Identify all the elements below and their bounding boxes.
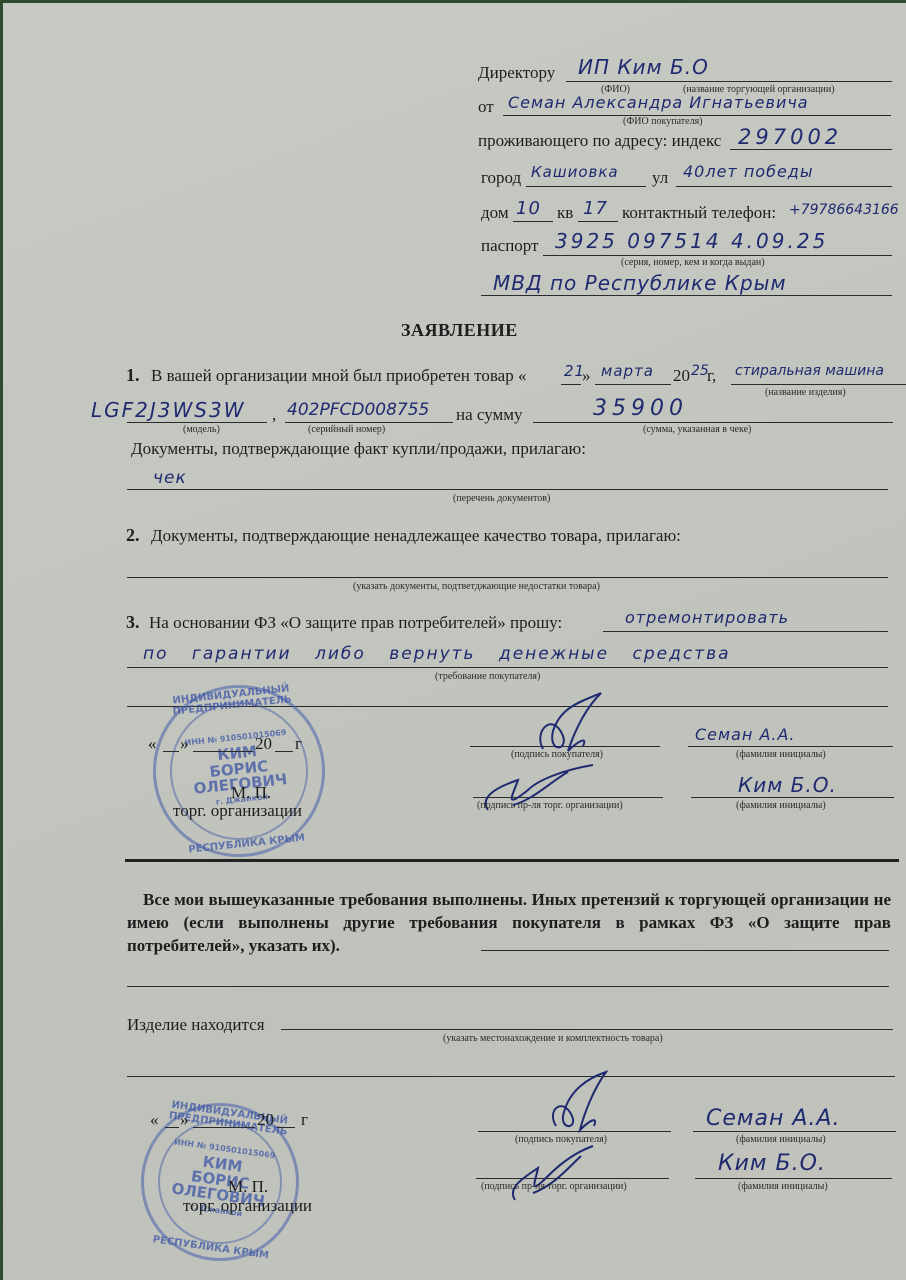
date1-year-suffix: г: [295, 734, 302, 754]
date1-month-line[interactable]: [193, 751, 253, 752]
seller-name1-line: [691, 797, 894, 798]
completion-line2[interactable]: [127, 986, 889, 987]
apt-label: кв: [557, 203, 573, 223]
location-hint: (указать местонахождение и комплектность…: [443, 1033, 663, 1044]
section3-hint: (требование покупателя): [435, 671, 540, 682]
section2-text: Документы, подтверждающие ненадлежащее к…: [151, 526, 681, 546]
model-comma: ,: [272, 405, 276, 425]
stamp2-ring-bottom: РЕСПУБЛИКА КРЫМ: [135, 1232, 287, 1264]
section2-hint: (указать документы, подтветджающие недос…: [353, 581, 600, 592]
seller-signature-2: [503, 1138, 603, 1208]
city-line: [526, 186, 646, 187]
day-line: [561, 384, 581, 385]
sum-label: на сумму: [456, 405, 523, 425]
buyer-name2-line: [693, 1131, 896, 1132]
seller-name2-hint: (фамилия инициалы): [738, 1181, 828, 1192]
seller-sig2-hint: (подпись пр-ля торг. организации): [481, 1181, 627, 1192]
buyer-name2-hint: (фамилия инициалы): [736, 1134, 826, 1145]
completion-text: Все мои вышеуказанные требования выполне…: [127, 890, 891, 955]
section1-text: В вашей организации мной был приобретен …: [151, 366, 526, 386]
buyer-sig1-hint: (подпись покупателя): [511, 749, 603, 760]
issued-by-line: [481, 295, 892, 296]
product-hint: (название изделия): [765, 387, 846, 398]
document-page: Директору ИП Ким Б.О (ФИО) (название тор…: [3, 3, 906, 1280]
stamp-ring-top: ИНДИВИДУАЛЬНЫЙ ПРЕДПРИНИМАТЕЛЬ: [148, 682, 315, 720]
issued-by-value[interactable]: МВД по Республике Крым: [493, 271, 787, 295]
director-label: Директору: [478, 63, 555, 83]
street-value[interactable]: 40лет победы: [683, 162, 814, 181]
index-line: [730, 149, 892, 150]
director-value[interactable]: ИП Ким Б.О: [578, 55, 709, 79]
house-line: [513, 221, 553, 222]
section3-line1: [603, 631, 888, 632]
street-label: ул: [652, 168, 668, 188]
location-line[interactable]: [281, 1029, 893, 1030]
section3-value-line2[interactable]: по гарантии либо вернуть денежные средст…: [143, 644, 731, 664]
mp2-label: М. П.: [228, 1177, 268, 1197]
stamp-name-2: БОРИС: [209, 759, 269, 781]
buyer-name1-hint: (фамилия инициалы): [736, 749, 826, 760]
date1-open-quote: «: [148, 734, 157, 754]
completion-statement: Все мои вышеуказанные требования выполне…: [127, 888, 891, 957]
passport-label: паспорт: [481, 236, 539, 256]
section3-value-line1[interactable]: отремонтировать: [625, 608, 789, 627]
from-hint: (ФИО покупателя): [623, 116, 703, 127]
apt-line: [578, 221, 618, 222]
seller-sig1-hint: (подпись пр-ля торг. организации): [477, 800, 623, 811]
seller-name2-line: [695, 1178, 892, 1179]
docs-label: Документы, подтверждающие факт купли/про…: [131, 439, 586, 459]
org1-label: торг. организации: [173, 801, 302, 821]
section3-number: 3.: [126, 612, 140, 633]
seller-name1-value[interactable]: Ким Б.О.: [738, 773, 837, 797]
section3-text: На основании ФЗ «О защите прав потребите…: [149, 613, 562, 633]
model-value[interactable]: LGF2J3WS3W: [91, 398, 245, 422]
city-value[interactable]: Кашиовка: [531, 163, 619, 181]
docs-line: [127, 489, 888, 490]
sum-hint: (сумма, указанная в чеке): [643, 424, 751, 435]
date1-year-prefix: 20: [255, 734, 272, 754]
date1-year-line[interactable]: [275, 751, 293, 752]
section2-line[interactable]: [127, 577, 888, 578]
month-line: [595, 384, 671, 385]
buyer-name1-value[interactable]: Семан А.А.: [695, 725, 796, 744]
stamp2-name-1: КИМ: [202, 1154, 244, 1175]
passport-value[interactable]: 3925 097514 4.09.25: [555, 229, 828, 253]
section3-line2: [127, 667, 888, 668]
passport-hint: (серия, номер, кем и когда выдан): [621, 257, 765, 268]
serial-value[interactable]: 402PFCD008755: [287, 400, 429, 420]
from-value[interactable]: Семан Александра Игнатьевича: [508, 93, 809, 112]
seller-signature-1: [473, 760, 603, 820]
house-value[interactable]: 10: [516, 198, 541, 219]
product-line: [731, 384, 906, 385]
model-line: [127, 422, 267, 423]
section2-number: 2.: [126, 525, 140, 546]
phone-label: контактный телефон:: [622, 203, 776, 223]
seller-name1-hint: (фамилия инициалы): [736, 800, 826, 811]
org2-label: торг. организации: [183, 1196, 312, 1216]
apt-value[interactable]: 17: [583, 198, 608, 219]
passport-line: [543, 255, 892, 256]
date1-day-line[interactable]: [163, 751, 179, 752]
buyer-name1-line: [688, 746, 893, 747]
docs-value[interactable]: чек: [153, 468, 187, 488]
stamp-name-1: КИМ: [217, 744, 258, 764]
location-label: Изделие находится: [127, 1015, 265, 1035]
date2-year-line[interactable]: [277, 1127, 295, 1128]
sum-line: [533, 422, 893, 423]
director-line: [566, 81, 892, 82]
date2-year-prefix: 20: [257, 1110, 274, 1130]
stamp-ring-bottom: РЕСПУБЛИКА КРЫМ: [164, 830, 330, 858]
seller-name2-value[interactable]: Ким Б.О.: [718, 1151, 826, 1176]
date1-close-quote: »: [180, 734, 189, 754]
serial-hint: (серийный номер): [308, 424, 385, 435]
product-value[interactable]: стиральная машина: [735, 363, 884, 379]
stamp2-ring-top: ИНДИВИДУАЛЬНЫЙ ПРЕДПРИНИМАТЕЛЬ: [152, 1098, 305, 1140]
city-label: город: [481, 168, 521, 188]
docs-hint: (перечень документов): [453, 493, 550, 504]
completion-line1[interactable]: [481, 950, 889, 951]
phone-value[interactable]: +79786643166: [789, 202, 899, 218]
index-value[interactable]: 297002: [738, 125, 842, 149]
company-stamp-1: ИНДИВИДУАЛЬНЫЙ ПРЕДПРИНИМАТЕЛЬ ИНН № 910…: [144, 676, 333, 865]
location-line2[interactable]: [127, 1076, 895, 1077]
day-close-quote: »: [582, 366, 591, 386]
mp1-label: М. П.: [231, 783, 271, 803]
sum-value[interactable]: 35900: [593, 396, 688, 421]
model-hint: (модель): [183, 424, 220, 435]
date2-day-line[interactable]: [165, 1127, 179, 1128]
year-suffix: г,: [707, 366, 716, 386]
serial-line: [285, 422, 453, 423]
house-label: дом: [481, 203, 509, 223]
document-title: ЗАЯВЛЕНИЕ: [401, 320, 518, 341]
buyer-signature-2: [538, 1068, 618, 1138]
section-divider: [125, 859, 899, 862]
from-label: от: [478, 97, 494, 117]
date2-open-quote: «: [150, 1110, 159, 1130]
street-line: [676, 186, 892, 187]
month-value[interactable]: марта: [601, 362, 654, 380]
buyer-name2-value[interactable]: Семан А.А.: [706, 1106, 840, 1131]
date2-close-quote: »: [180, 1110, 189, 1130]
address-label: проживающего по адресу: индекс: [478, 131, 721, 151]
year-prefix: 20: [673, 366, 690, 386]
section1-number: 1.: [126, 365, 140, 386]
stamp2-inn: ИНН № 910501015069: [173, 1139, 275, 1162]
date2-year-suffix: г: [301, 1110, 308, 1130]
date2-month-line[interactable]: [193, 1127, 255, 1128]
